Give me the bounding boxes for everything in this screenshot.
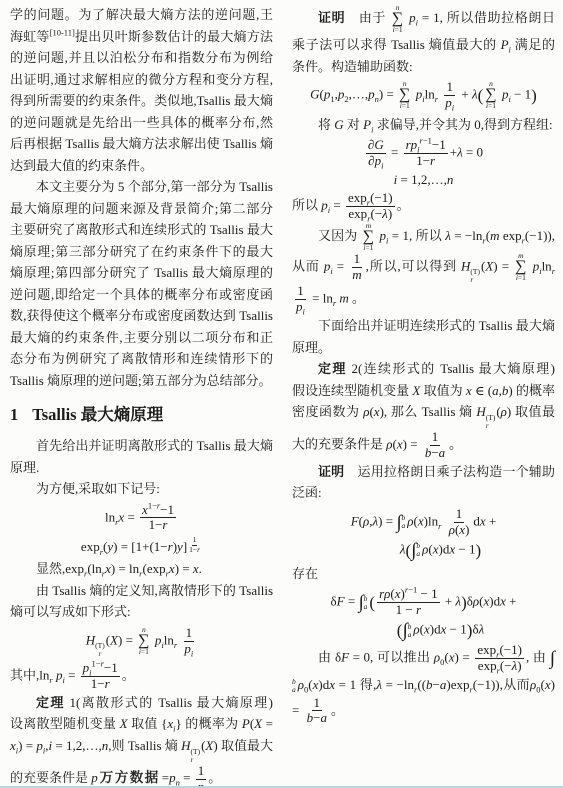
formula-expr-definition: expr(y) = [1+(1−r)y]11−r (10, 536, 273, 555)
overview-paragraph: 本文主要分为 5 个部分,第一部分为 Tsallis 最大熵原理的问题来源及背景… (10, 176, 273, 391)
formula-variation-line2: (∫baρ(x)dx − 1)δλ (292, 621, 555, 640)
formula-functional-line1: F(ρ,λ) = ∫baρ(x)lnr 1ρ(x)dx + (292, 507, 555, 538)
theorem1-text-post: =pn = 1n。 (162, 770, 221, 785)
right-column: 证明 由于 n∑i=1 pi = 1, 所以借助拉格朗日乘子法可以求得 Tsal… (292, 4, 555, 788)
two-column-layout: 学的问题。为了解决最大熵方法的逆问题,王海虹等[10-11]提出贝叶斯参数估计的… (0, 0, 563, 788)
theorem1-paragraph: 定理 1(离散形式的 Tsallis 最大熵原理) 设离散型随机变量 X 取值 … (10, 692, 273, 788)
intro-sentence: 首先给出并证明离散形式的 Tsallis 最大熵原理. (10, 435, 273, 478)
proof1-paragraph: 证明 由于 n∑i=1 pi = 1, 所以借助拉格朗日乘子法可以求得 Tsal… (292, 4, 555, 77)
left-column: 学的问题。为了解决最大熵方法的逆问题,王海虹等[10-11]提出贝叶斯参数估计的… (10, 4, 273, 788)
lnr-pi-note: 其中,lnr pi = pi1−r−11−r。 (10, 661, 273, 692)
partial-derivative-intro: 将 G 对 Pi 求偏导,并令其为 0,得到方程组: (292, 114, 555, 136)
solution-pi-paragraph: 所以 pi = expr(−1)expr(−λ)。 (292, 191, 555, 222)
proof2-paragraph: 证明 运用拉格朗日乘子法构造一个辅助泛函: (292, 461, 555, 504)
formula-index-range: i = 1,2,…,n (292, 172, 555, 188)
formula-variation-line1: δF = ∫ba(rρ(x)r−1 − 11 − r + λ)δρ(x)dx + (292, 587, 555, 618)
formula-tsallis-entropy: H(T)r(X) = n∑i=1 pilnr 1pi (10, 626, 273, 658)
theorem2-paragraph: 定理 2(连续形式的 Tsallis 最大熵原理) 假设连续型随机变量 X 取值… (292, 358, 555, 461)
continued-paragraph: 学的问题。为了解决最大熵方法的逆问题,王海虹等[10-11]提出贝叶斯参数估计的… (10, 4, 273, 176)
section-heading: 1Tsallis 最大熵原理 (10, 405, 273, 425)
formula-functional-line2: λ(∫baρ(x)dx − 1) (292, 541, 555, 560)
formula-lnr-definition: lnrx = x1−r−11−r (10, 503, 273, 534)
journal-page: 学的问题。为了解决最大熵方法的逆问题,王海虹等[10-11]提出贝叶斯参数估计的… (0, 0, 563, 788)
continuous-intro-paragraph: 下面给出并证明连续形式的 Tsallis 最大熵原理。 (292, 315, 555, 358)
formula-partial-derivative: ∂G∂pi = rpir−1−11−r+λ = 0 (292, 138, 555, 169)
exist-label: 存在 (292, 563, 555, 585)
section-number: 1 (10, 405, 18, 424)
wanfang-watermark: 万方数据 (98, 770, 162, 785)
identity-sentence: 显然,expr(lnrx) = lnr(exprx) = x. (10, 558, 273, 580)
conclusion-paragraph: 由 δF = 0, 可以推出 ρ0(x) = expr(−1)expr(−λ),… (292, 643, 555, 726)
notation-sentence: 为方便,采取如下记号: (10, 478, 273, 500)
formula-lagrange-aux: G(p1,p2,…,pn) = n∑i=1 pilnr 1pi + λ(n∑i=… (292, 80, 555, 111)
lambda-derivation-paragraph: 又因为 m∑i=1 pi = 1, 所以 λ = −lnr(m expr(−1)… (292, 222, 555, 315)
entropy-definition-intro: 由 Tsallis 熵的定义知,离散情形下的 Tsallis 熵可以写成如下形式… (10, 580, 273, 623)
section-title: Tsallis 最大熵原理 (32, 405, 163, 424)
